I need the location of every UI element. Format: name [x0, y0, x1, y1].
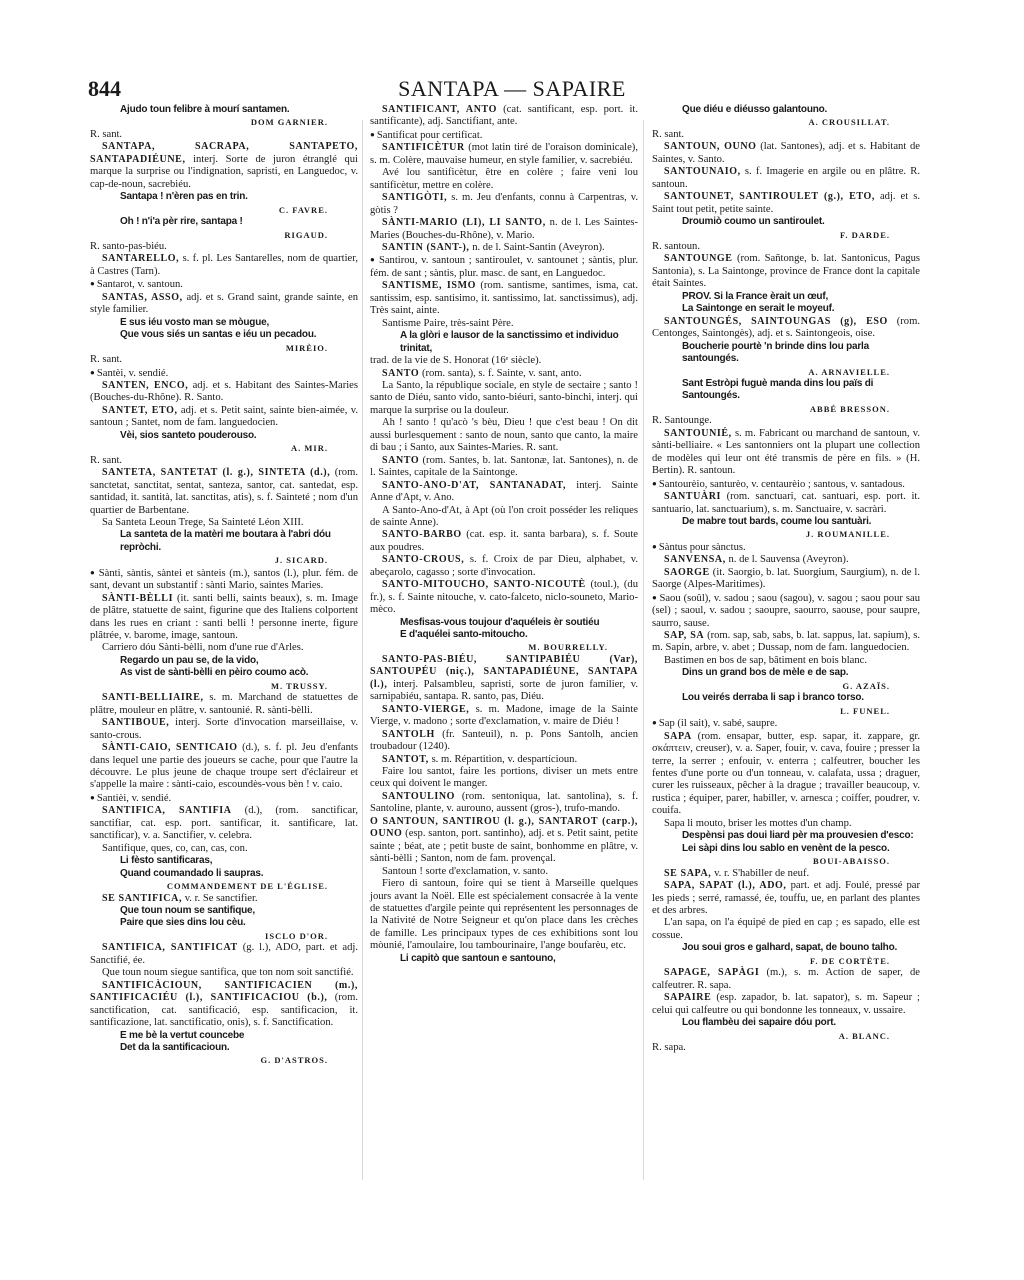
- definition-text: R. sapa.: [652, 1042, 686, 1053]
- definition-text: F. DARDE.: [840, 230, 890, 240]
- citation-author: MIRÈIO.: [90, 342, 358, 354]
- definition-text: A. MIR.: [291, 443, 328, 453]
- citation-quote: Lei sàpi dins lou sablo en venènt de la …: [652, 843, 920, 855]
- definition-text: A. ARNAVIELLE.: [808, 367, 890, 377]
- dictionary-entry: SANTIN (SANT-), n. de l. Saint-Santin (A…: [370, 242, 638, 254]
- headword: SANTO-CROUS,: [382, 554, 464, 565]
- headword: SANTO: [382, 368, 419, 379]
- definition-text: La Santo, la république sociale, en styl…: [370, 380, 638, 416]
- definition-text: trad. de la vie de S. Honorat (16ᵉ siècl…: [370, 355, 541, 366]
- definition-text: Ajudo toun felibre à mourí santamen.: [120, 104, 290, 115]
- definition-text: Jou soui gros e galhard, sapat, de bouno…: [682, 942, 897, 953]
- citation-quote: Despènsi pas doui liard pèr ma prouvesie…: [652, 830, 920, 842]
- headword: SE SAPA,: [664, 868, 711, 879]
- reference-line: R. santo-pas-biéu.: [90, 241, 358, 253]
- citation-quote: PROV. Si la France èrait un œuf,: [652, 291, 920, 303]
- citation-quote: La santeta de la matèri me boutara à l'a…: [90, 529, 358, 554]
- citation-quote: Ajudo toun felibre à mourí santamen.: [90, 104, 358, 116]
- column-divider: [362, 120, 363, 1180]
- definition-text: interj. Palsambleu, sapristi, sorte de j…: [370, 679, 638, 702]
- citation-quote: Que diéu e diéusso galantouno.: [652, 104, 920, 116]
- definition-text: R. santoun.: [652, 241, 700, 252]
- dictionary-entry: Carriero dóu Sànti-bèlli, nom d'une rue …: [90, 642, 358, 654]
- headword: SANTO-BARBO: [382, 529, 462, 540]
- variant-entry: Santièi, v. sendié.: [90, 792, 358, 805]
- headword: SAPA, SAPAT (l.), ADO,: [664, 880, 787, 891]
- reference-line: R. sant.: [652, 129, 920, 141]
- definition-text: Avé lou santificètur, être en colère ; f…: [370, 167, 638, 190]
- headword: SANTO-ANO-D'AT, SANTANADAT,: [382, 480, 566, 491]
- definition-text: Santapa ! n'èren pas en trin.: [120, 191, 248, 202]
- citation-quote: Paire que sies dins lou cèu.: [90, 917, 358, 929]
- headword: SANTARELLO,: [102, 253, 179, 264]
- headword: SANVENSA,: [664, 554, 726, 565]
- citation-quote: Li fèsto santificaras,: [90, 855, 358, 867]
- dictionary-entry: SANTO-MITOUCHO, SANTO-NICOUTÈ (toul.), (…: [370, 579, 638, 616]
- dictionary-entry: SANTOLH (fr. Santeuil), n. p. Pons Santo…: [370, 729, 638, 754]
- variant-entry: Santificat pour certificat.: [370, 129, 638, 142]
- definition-text: L'an sapa, on l'a équipé de pied en cap …: [652, 917, 920, 940]
- dictionary-entry: SÀNTI-CAIO, SENTICAIO (d.), s. f. pl. Je…: [90, 742, 358, 792]
- headword: SANTET, ETO,: [102, 405, 178, 416]
- headword: SANTIN (SANT-),: [382, 242, 470, 253]
- definition-text: G. D'ASTROS.: [261, 1055, 329, 1065]
- definition-text: Vèi, sios santeto pouderouso.: [120, 430, 256, 441]
- definition-text: Sapa li mouto, briser les mottes d'un ch…: [664, 818, 852, 829]
- citation-author: A. MIR.: [90, 442, 358, 454]
- definition-text: A. BLANC.: [839, 1031, 890, 1041]
- dictionary-entry: A Santo-Ano-d'At, à Apt (où l'on croit p…: [370, 505, 638, 530]
- definition-text: MIRÈIO.: [286, 343, 328, 353]
- definition-text: R. sant.: [90, 129, 122, 140]
- dictionary-entry: SE SANTIFICA, v. r. Se sanctifier.: [90, 893, 358, 905]
- dictionary-entry: SAPAIRE (esp. zapador, b. lat. sapator),…: [652, 992, 920, 1017]
- definition-text: Saou (soûl), v. sadou ; saou (sagou), v.…: [652, 593, 920, 629]
- definition-text: v. r. Se sanctifier.: [185, 893, 258, 904]
- citation-quote: Lou veirés derraba li sap i branco torso…: [652, 692, 920, 704]
- citation-quote: La Saintonge en serait le moyeuf.: [652, 303, 920, 315]
- citation-quote: De mabre tout bards, coume lou santuàri.: [652, 516, 920, 528]
- definition-text: M. TRUSSY.: [271, 681, 328, 691]
- headword: SANTO-MITOUCHO, SANTO-NICOUTÈ: [382, 579, 586, 590]
- headword: SANTO: [382, 455, 419, 466]
- definition-text: Santèi, v. sendié.: [97, 368, 168, 379]
- citation-quote: Droumiò coumo un santiroulet.: [652, 216, 920, 228]
- headword: SAPAGE, SAPÀGI: [664, 967, 759, 978]
- definition-text: Que diéu e diéusso galantouno.: [682, 104, 827, 115]
- dictionary-entry: SANTISME, ISMO (rom. santisme, santimes,…: [370, 280, 638, 317]
- headword: SANTISME, ISMO: [382, 280, 476, 291]
- definition-text: Li fèsto santificaras,: [120, 855, 212, 866]
- definition-text: A la glòri e lausor de la sanctissimo et…: [400, 330, 619, 353]
- dictionary-entry: SÀNTI-BÈLLI (it. santi belli, saints bea…: [90, 593, 358, 643]
- citation-author: M. BOURRELLY.: [370, 641, 638, 653]
- headword: SANTO-VIERGE,: [382, 704, 469, 715]
- definition-text: Boucherie pourtè 'n brinde dins lou parl…: [682, 341, 869, 364]
- dictionary-entry: SANTO-ANO-D'AT, SANTANADAT, interj. Sain…: [370, 480, 638, 505]
- definition-text: F. DE CORTÈTE.: [810, 956, 890, 966]
- variant-entry: Sànti, sàntis, sàntei et sànteis (m.), s…: [90, 567, 358, 593]
- citation-author: ABBÉ BRESSON.: [652, 403, 920, 415]
- citation-quote: Mesfisas-vous toujour d'aquéleis èr sout…: [370, 617, 638, 629]
- definition-text: Sap (il sait), v. sabé, saupre.: [659, 718, 777, 729]
- citation-quote: Vèi, sios santeto pouderouso.: [90, 430, 358, 442]
- citation-author: A. ARNAVIELLE.: [652, 366, 920, 378]
- reference-line: R. Santounge.: [652, 415, 920, 427]
- definition-text: De mabre tout bards, coume lou santuàri.: [682, 516, 871, 527]
- dictionary-entry: La Santo, la république sociale, en styl…: [370, 380, 638, 417]
- headword: SANTOUNET, SANTIROULET (g.), ETO,: [664, 191, 875, 202]
- dictionary-entry: SE SAPA, v. r. S'habiller de neuf.: [652, 868, 920, 880]
- definition-text: Sànti, sàntis, sàntei et sànteis (m.), s…: [90, 568, 358, 591]
- definition-text: A Santo-Ano-d'At, à Apt (où l'on croit p…: [370, 505, 638, 528]
- dictionary-entry: Santifique, ques, co, can, cas, con.: [90, 843, 358, 855]
- definition-text: R. Santounge.: [652, 415, 712, 426]
- definition-text: R. sant.: [90, 455, 122, 466]
- definition-text: As vist de sànti-bèlli en pèiro coumo ac…: [120, 667, 308, 678]
- headword: SÀNTI-BÈLLI: [102, 593, 173, 604]
- headword: SANTOT,: [382, 754, 429, 765]
- headword: SANTOULINO: [382, 791, 455, 802]
- definition-text: E me bè la vertut councebe: [120, 1030, 244, 1041]
- definition-text: Santisme Paire, très-saint Père.: [382, 318, 514, 329]
- headword: SANTOUNAIO,: [664, 166, 741, 177]
- headword: SANTOUNGÉS, SAINTOUNGAS (g), ESO: [664, 316, 888, 327]
- dictionary-entry: SANTETA, SANTETAT (l. g.), SINTETA (d.),…: [90, 467, 358, 517]
- citation-author: A. BLANC.: [652, 1030, 920, 1042]
- citation-author: A. CROUSILLAT.: [652, 116, 920, 128]
- definition-text: (rom. ensapar, butter, esp. sapar, it. z…: [652, 731, 920, 817]
- definition-text: (rom. santa), s. f. Sainte, v. sant, ant…: [422, 368, 582, 379]
- definition-text: Quand coumandado li saupras.: [120, 868, 263, 879]
- definition-text: Santourèio, santurèo, v. centaurèio ; sa…: [659, 479, 905, 490]
- definition-text: Mesfisas-vous toujour d'aquéleis èr sout…: [400, 617, 599, 628]
- dictionary-entry: SANTIBOUE, interj. Sorte d'invocation ma…: [90, 717, 358, 742]
- citation-quote: E sus iéu vosto man se mòugue,: [90, 317, 358, 329]
- definition-text: J. ROUMANILLE.: [806, 529, 890, 539]
- dictionary-entry: SANTO (rom. santa), s. f. Sainte, v. san…: [370, 368, 638, 380]
- dictionary-entry: SANTI-BELLIAIRE, s. m. Marchand de statu…: [90, 692, 358, 717]
- citation-quote: Que vous siés un santas e iéu un pecadou…: [90, 329, 358, 341]
- dictionary-column-1: Ajudo toun felibre à mourí santamen.DOM …: [90, 104, 358, 1067]
- headword: SANTEN, ENCO,: [102, 380, 188, 391]
- definition-text: ISCLO D'OR.: [265, 931, 328, 941]
- citation-author: RIGAUD.: [90, 229, 358, 241]
- dictionary-entry: SANTEN, ENCO, adj. et s. Habitant des Sa…: [90, 380, 358, 405]
- column-divider: [643, 120, 644, 1180]
- headword: SÀNTI-CAIO, SENTICAIO: [102, 742, 238, 753]
- citation-author: COMMANDEMENT DE L'ÉGLISE.: [90, 880, 358, 892]
- definition-text: Despènsi pas doui liard pèr ma prouvesie…: [682, 830, 914, 841]
- definition-text: Santoun ! sorte d'exclamation, v. santo.: [382, 866, 548, 877]
- definition-text: Oh ! n'i'a pèr rire, santapa !: [120, 216, 243, 227]
- definition-text: n. de l. Sauvensa (Aveyron).: [728, 554, 848, 565]
- citation-author: BOUI-ABAISSO.: [652, 855, 920, 867]
- dictionary-entry: SAP, SA (rom. sap, sab, sabs, b. lat. sa…: [652, 630, 920, 655]
- dictionary-entry: SANTET, ETO, adj. et s. Petit saint, sai…: [90, 405, 358, 430]
- dictionary-column-2: SANTIFICANT, ANTO (cat. santificant, esp…: [370, 104, 638, 965]
- headword: SANTOLH: [382, 729, 435, 740]
- citation-quote: As vist de sànti-bèlli en pèiro coumo ac…: [90, 667, 358, 679]
- dictionary-entry: SANTOUNET, SANTIROULET (g.), ETO, adj. e…: [652, 191, 920, 216]
- variant-entry: Santirou, v. santoun ; santiroulet, v. s…: [370, 254, 638, 280]
- headword: SANTIBOUE,: [102, 717, 169, 728]
- citation-quote: Li capitò que santoun e santouno,: [370, 953, 638, 965]
- reference-line: R. sapa.: [652, 1042, 920, 1054]
- dictionary-entry: SANTOUNGÉS, SAINTOUNGAS (g), ESO (rom. C…: [652, 316, 920, 341]
- citation-author: C. FAVRE.: [90, 204, 358, 216]
- dictionary-entry: SANTO-PAS-BIÉU, SANTIPABIÉU (Var), SANTO…: [370, 654, 638, 704]
- headword: SE SANTIFICA,: [102, 893, 182, 904]
- dictionary-entry: SANTARELLO, s. f. pl. Les Santarelles, n…: [90, 253, 358, 278]
- headword: SAPA: [664, 731, 692, 742]
- headword: SANTIFICÀCIOUN, SANTIFICACIEN (m.), SANT…: [90, 980, 358, 1003]
- variant-entry: Sàntus pour sànctus.: [652, 541, 920, 554]
- headword: SANTIFICÈTUR: [382, 142, 465, 153]
- dictionary-entry: SANTOUNAIO, s. f. Imagerie en argile ou …: [652, 166, 920, 191]
- definition-text: Lou flambèu dei sapaire dóu port.: [682, 1017, 836, 1028]
- definition-text: Santièi, v. sendié.: [97, 793, 171, 804]
- citation-author: F. DE CORTÈTE.: [652, 955, 920, 967]
- definition-text: Que toun noum se santifique,: [120, 905, 255, 916]
- citation-quote: A la glòri e lausor de la sanctissimo et…: [370, 330, 638, 355]
- definition-text: DOM GARNIER.: [251, 117, 328, 127]
- definition-text: J. SICARD.: [275, 555, 328, 565]
- definition-text: La Saintonge en serait le moyeuf.: [682, 303, 834, 314]
- definition-text: v. r. S'habiller de neuf.: [714, 868, 809, 879]
- dictionary-entry: SAORGE (it. Saorgio, b. lat. Suorgium, S…: [652, 567, 920, 592]
- definition-text: E sus iéu vosto man se mòugue,: [120, 317, 269, 328]
- citation-quote: E me bè la vertut councebe: [90, 1030, 358, 1042]
- dictionary-entry: SANTOUNGE (rom. Sañtonge, b. lat. Santon…: [652, 253, 920, 290]
- dictionary-entry: SAPA (rom. ensapar, butter, esp. sapar, …: [652, 731, 920, 818]
- dictionary-entry: SANTO-BARBO (cat. esp. it. santa barbara…: [370, 529, 638, 554]
- dictionary-entry: SANTOUNIÉ, s. m. Fabricant ou marchand d…: [652, 428, 920, 478]
- headword: SANTIFICANT, ANTO: [382, 104, 497, 115]
- definition-text: s. m. Répartition, v. despartícioun.: [432, 754, 578, 765]
- citation-quote: Santapa ! n'èren pas en trin.: [90, 191, 358, 203]
- headword: SANTOUNGE: [664, 253, 733, 264]
- citation-quote: Que toun noum se santifique,: [90, 905, 358, 917]
- definition-text: Que vous siés un santas e iéu un pecadou…: [120, 329, 316, 340]
- headword: SANTAS, ASSO,: [102, 292, 183, 303]
- definition-text: Lou veirés derraba li sap i branco torso…: [682, 692, 864, 703]
- headword: SANTI-BELLIAIRE,: [102, 692, 204, 703]
- dictionary-entry: Que toun noum siegue santifica, que ton …: [90, 967, 358, 979]
- definition-text: Li capitò que santoun e santouno,: [400, 953, 556, 964]
- dictionary-entry: L'an sapa, on l'a équipé de pied en cap …: [652, 917, 920, 942]
- dictionary-entry: Sa Santeta Leoun Trege, Sa Sainteté Léon…: [90, 517, 358, 529]
- dictionary-entry: SANTIFICA, SANTIFICAT (g. l.), ADO, part…: [90, 942, 358, 967]
- definition-text: Santarot, v. santoun.: [97, 279, 183, 290]
- headword: SANTOUNIÉ,: [664, 428, 732, 439]
- dictionary-entry: SAPA, SAPAT (l.), ADO, part. et adj. Fou…: [652, 880, 920, 917]
- citation-quote: Boucherie pourtè 'n brinde dins lou parl…: [652, 341, 920, 366]
- variant-entry: Santarot, v. santoun.: [90, 278, 358, 291]
- dictionary-entry: SANVENSA, n. de l. Sauvensa (Aveyron).: [652, 554, 920, 566]
- headword: SANTUÀRI: [664, 491, 721, 502]
- definition-text: (esp. santon, port. santinho), adj. et s…: [370, 828, 638, 864]
- reference-line: R. sant.: [90, 455, 358, 467]
- dictionary-entry: Ah ! santo ! qu'acò 's bèu, Dieu ! que c…: [370, 417, 638, 454]
- reference-line: R. sant.: [90, 354, 358, 366]
- citation-author: F. DARDE.: [652, 229, 920, 241]
- dictionary-entry: SAPAGE, SAPÀGI (m.), s. m. Action de sap…: [652, 967, 920, 992]
- definition-text: Santificat pour certificat.: [377, 130, 483, 141]
- headword: SAORGE: [664, 567, 710, 578]
- definition-text: BOUI-ABAISSO.: [813, 856, 890, 866]
- citation-author: L. FUNEL.: [652, 705, 920, 717]
- dictionary-entry: Santoun ! sorte d'exclamation, v. santo.: [370, 866, 638, 878]
- definition-text: COMMANDEMENT DE L'ÉGLISE.: [167, 881, 328, 891]
- dictionary-entry: SANTOT, s. m. Répartition, v. despartíci…: [370, 754, 638, 766]
- definition-text: Paire que sies dins lou cèu.: [120, 917, 246, 928]
- definition-text: Sa Santeta Leoun Trege, Sa Sainteté Léon…: [102, 517, 304, 528]
- citation-author: M. TRUSSY.: [90, 680, 358, 692]
- citation-quote: Jou soui gros e galhard, sapat, de bouno…: [652, 942, 920, 954]
- citation-author: ISCLO D'OR.: [90, 930, 358, 942]
- dictionary-entry: SANTIFICÀCIOUN, SANTIFICACIEN (m.), SANT…: [90, 980, 358, 1030]
- definition-text: Fiero di santoun, foire qui se tient à M…: [370, 878, 638, 951]
- variant-entry: Santèi, v. sendié.: [90, 367, 358, 380]
- citation-author: DOM GARNIER.: [90, 116, 358, 128]
- dictionary-entry: SANTO-VIERGE, s. m. Madone, image de la …: [370, 704, 638, 729]
- definition-text: Droumiò coumo un santiroulet.: [682, 216, 825, 227]
- citation-quote: Det da la santificacioun.: [90, 1042, 358, 1054]
- dictionary-entry: SANTIFICA, SANTIFIA (d.), (rom. sanctifi…: [90, 805, 358, 842]
- dictionary-entry: SÀNTI-MARIO (LI), LI SANTO, n. de l. Les…: [370, 217, 638, 242]
- variant-entry: Sap (il sait), v. sabé, saupre.: [652, 717, 920, 730]
- dictionary-entry: SANTAPA, SACRAPA, SANTAPETO, SANTAPADIÉU…: [90, 141, 358, 191]
- definition-text: n. de l. Saint-Santin (Aveyron).: [472, 242, 605, 253]
- variant-entry: Santourèio, santurèo, v. centaurèio ; sa…: [652, 478, 920, 491]
- dictionary-entry: Fiero di santoun, foire qui se tient à M…: [370, 878, 638, 953]
- definition-text: Faire lou santot, faire les portions, di…: [370, 766, 638, 789]
- running-head: SANTAPA — SAPAIRE: [0, 76, 1024, 102]
- citation-quote: Sant Estròpi fuguè manda dins lou païs d…: [652, 378, 920, 403]
- dictionary-entry: SANTOUN, OUNO (lat. Santones), adj. et s…: [652, 141, 920, 166]
- headword: SÀNTI-MARIO (LI), LI SANTO,: [382, 217, 546, 228]
- definition-text: L. FUNEL.: [840, 706, 890, 716]
- definition-text: Ah ! santo ! qu'acò 's bèu, Dieu ! que c…: [370, 417, 638, 453]
- definition-text: Sant Estròpi fuguè manda dins lou païs d…: [682, 378, 873, 401]
- dictionary-entry: SANTOULINO (rom. sentoniqua, lat. santol…: [370, 791, 638, 816]
- citation-quote: Oh ! n'i'a pèr rire, santapa !: [90, 216, 358, 228]
- dictionary-entry: SANTO (rom. Santes, b. lat. Santonæ, lat…: [370, 455, 638, 480]
- citation-quote: Lou flambèu dei sapaire dóu port.: [652, 1017, 920, 1029]
- definition-text: Que toun noum siegue santifica, que ton …: [102, 967, 354, 978]
- dictionary-entry: Avé lou santificètur, être en colère ; f…: [370, 167, 638, 192]
- headword: SANTETA, SANTETAT (l. g.), SINTETA (d.),: [102, 467, 330, 478]
- headword: SANTIFICA, SANTIFICAT: [102, 942, 238, 953]
- definition-text: E d'aquélei santo-mitoucho.: [400, 629, 528, 640]
- definition-text: RIGAUD.: [284, 230, 328, 240]
- headword: SAP, SA: [664, 630, 704, 641]
- definition-text: Santifique, ques, co, can, cas, con.: [102, 843, 248, 854]
- headword: SAPAIRE: [664, 992, 711, 1003]
- dictionary-entry: Faire lou santot, faire les portions, di…: [370, 766, 638, 791]
- definition-text: R. sant.: [90, 354, 122, 365]
- definition-text: Santirou, v. santoun ; santiroulet, v. s…: [370, 255, 638, 278]
- citation-author: G. D'ASTROS.: [90, 1054, 358, 1066]
- definition-text: R. sant.: [652, 129, 684, 140]
- variant-entry: Saou (soûl), v. sadou ; saou (sagou), v.…: [652, 592, 920, 630]
- citation-quote: E d'aquélei santo-mitoucho.: [370, 629, 638, 641]
- dictionary-entry: SANTAS, ASSO, adj. et s. Grand saint, gr…: [90, 292, 358, 317]
- citation-quote: Dins un grand bos de mèle e de sap.: [652, 667, 920, 679]
- definition-text: Det da la santificacioun.: [120, 1042, 229, 1053]
- dictionary-entry: Sapa li mouto, briser les mottes d'un ch…: [652, 818, 920, 830]
- dictionary-entry: SANTIFICANT, ANTO (cat. santificant, esp…: [370, 104, 638, 129]
- dictionary-entry: SANTIFICÈTUR (mot latin tiré de l'oraiso…: [370, 142, 638, 167]
- definition-text: G. AZAÏS.: [843, 681, 891, 691]
- citation-author: G. AZAÏS.: [652, 680, 920, 692]
- citation-author: J. SICARD.: [90, 554, 358, 566]
- definition-text: Regardo un pau se, de la vido,: [120, 655, 258, 666]
- definition-text: ABBÉ BRESSON.: [810, 404, 890, 414]
- definition-text: C. FAVRE.: [279, 205, 328, 215]
- dictionary-column-3: Que diéu e diéusso galantouno.A. CROUSIL…: [652, 104, 920, 1054]
- reference-line: R. sant.: [90, 129, 358, 141]
- definition-text: Carriero dóu Sànti-bèlli, nom d'une rue …: [102, 642, 304, 653]
- headword: SANTOUN, OUNO: [664, 141, 757, 152]
- dictionary-entry: SANTUÀRI (rom. sanctuari, cat. santuari,…: [652, 491, 920, 516]
- reference-line: R. santoun.: [652, 241, 920, 253]
- citation-quote: Quand coumandado li saupras.: [90, 868, 358, 880]
- reference-line: O SANTOUN, SANTIROU (l. g.), SANTAROT (c…: [370, 816, 638, 866]
- definition-text: Lei sàpi dins lou sablo en venènt de la …: [682, 843, 890, 854]
- definition-text: R. santo-pas-biéu.: [90, 241, 167, 252]
- definition-text: A. CROUSILLAT.: [809, 117, 890, 127]
- reference-line: trad. de la vie de S. Honorat (16ᵉ siècl…: [370, 355, 638, 367]
- definition-text: Dins un grand bos de mèle e de sap.: [682, 667, 848, 678]
- dictionary-entry: Bastimen en bos de sap, bâtiment en bois…: [652, 655, 920, 667]
- definition-text: Bastimen en bos de sap, bâtiment en bois…: [664, 655, 867, 666]
- definition-text: M. BOURRELLY.: [528, 642, 608, 652]
- definition-text: La santeta de la matèri me boutara à l'a…: [120, 529, 331, 552]
- headword: SANTIGÒTI,: [382, 192, 447, 203]
- definition-text: PROV. Si la France èrait un œuf,: [682, 291, 828, 302]
- dictionary-entry: SANTO-CROUS, s. f. Croix de par Dieu, al…: [370, 554, 638, 579]
- dictionary-entry: Santisme Paire, très-saint Père.: [370, 318, 638, 330]
- definition-text: Sàntus pour sànctus.: [659, 542, 746, 553]
- citation-quote: Regardo un pau se, de la vido,: [90, 655, 358, 667]
- citation-author: J. ROUMANILLE.: [652, 528, 920, 540]
- dictionary-entry: SANTIGÒTI, s. m. Jeu d'enfants, connu à …: [370, 192, 638, 217]
- headword: SANTIFICA, SANTIFIA: [102, 805, 232, 816]
